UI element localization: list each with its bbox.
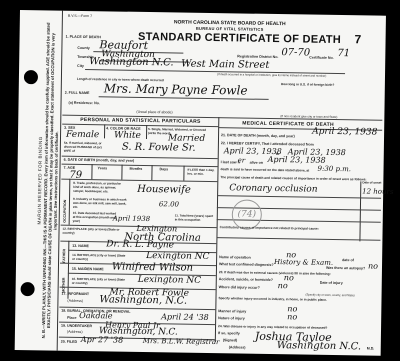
nature-value: no xyxy=(287,312,297,321)
total-time-label: 11. Total time (years) spent in this occ… xyxy=(175,213,215,222)
diagnosis-label: What test confirmed diagnosis? xyxy=(219,262,274,267)
if-so-label: If so, specify xyxy=(218,331,240,335)
trade-label: 8. Trade, profession, or particular kind… xyxy=(73,181,127,194)
reg-district-value: 07-70 xyxy=(281,47,310,58)
alive-on-value: April 23, 1938 xyxy=(268,155,326,165)
hospital-note: (If death occurred in a hospital or inst… xyxy=(217,72,326,78)
physician-address: Washington N.C. xyxy=(277,340,362,352)
death-said-label: death is said to have occurred on the da… xyxy=(220,167,309,172)
less-than-label: If LESS than 1 day, hrs. or min. xyxy=(187,168,215,176)
county-label: County xyxy=(77,46,89,50)
injury-date-label: Date of injury xyxy=(320,281,343,285)
occupation-side-label: OCCUPATION xyxy=(63,200,67,223)
color-value: White xyxy=(114,130,141,140)
father-birthplace-label: 14. BIRTHPLACE (city or town) (State or … xyxy=(72,253,126,262)
informant-label: 17. INFORMANT xyxy=(62,292,90,296)
autopsy-value: no xyxy=(368,261,378,270)
form-id: B.V.S.—Form 7 xyxy=(68,14,92,18)
months-label: Months xyxy=(129,167,142,171)
last-worked-value: April 1938 xyxy=(113,214,151,223)
residence-label: (a) Residence: No. xyxy=(69,101,100,105)
industry-value: 62.00 xyxy=(159,200,179,208)
father-side-label: FATHER xyxy=(62,249,66,263)
diagnosis-value: History & Exam. xyxy=(274,258,333,267)
mother-side-label: MOTHER xyxy=(62,278,66,293)
signed-label: (Signed) xyxy=(223,338,237,342)
sex-value: Female xyxy=(66,130,99,141)
spouse-value: S. R. Fowle Sr. xyxy=(122,142,196,154)
years-label: Years xyxy=(97,166,107,170)
informant-address-label: (Address) xyxy=(67,299,83,303)
registrar-name: Mrs. B.L.W. Registrar xyxy=(143,337,220,346)
mother-name-value: Winifred Wilson xyxy=(112,261,193,273)
physician-address-label: (Address) xyxy=(229,345,246,349)
undertaker-address-label: (Address) xyxy=(67,330,83,334)
occupation-related-label: 24. Was disease or injury in any way rel… xyxy=(218,324,327,330)
trade-value: Housewife xyxy=(137,184,191,196)
spouse-label: 5a. If married, widowed, or divorced HUS… xyxy=(64,141,110,154)
time-of-death-value: 9:30 p.m. xyxy=(317,165,351,174)
father-birthplace-value: Lexington NC xyxy=(146,251,209,262)
father-name-value: Dr. R. L. Payne xyxy=(106,239,174,250)
city-value: Washington N.C. xyxy=(89,56,174,68)
death-certificate: MARGIN RESERVED FOR BINDING N. B.—WRITE … xyxy=(15,10,386,356)
days-label: Days xyxy=(159,167,168,171)
margin-instructions: MARGIN RESERVED FOR BINDING N. B.—WRITE … xyxy=(35,22,62,338)
father-name-label: 13. NAME xyxy=(72,244,89,248)
where-value: no xyxy=(278,281,288,290)
where-label: Where did injury occur? xyxy=(219,285,260,290)
reg-district-label: Registration District No. xyxy=(237,54,278,59)
manner-label: Manner of injury xyxy=(218,309,246,313)
full-name-value: Mrs. Mary Payne Fowle xyxy=(104,81,248,97)
cert-no-value: 71 xyxy=(337,48,350,59)
cert-no-label: Certificate No. xyxy=(309,56,333,60)
burial-place-value: Oakdale xyxy=(79,311,112,321)
last-saw-suffix: er xyxy=(238,156,246,164)
specify-label: Specify whether injury occurred in indus… xyxy=(218,296,326,302)
date-of-death-value: April 23, 1938 xyxy=(312,127,377,138)
filed-label: 20. FILED xyxy=(61,340,77,344)
nature-label: Nature of injury xyxy=(218,316,245,320)
birthplace-label: 12. BIRTHPLACE (city or town) (State or … xyxy=(62,227,120,236)
where-note: (Specify city or town, county, and State… xyxy=(306,293,355,298)
foreign-birth-label: How long in U.S. if of foreign birth? xyxy=(281,82,335,87)
city-label: City xyxy=(77,64,84,68)
mother-birthplace-value: Lexington NC xyxy=(138,275,201,286)
usual-place-label: (Usual place of abode) xyxy=(136,110,172,115)
dob-label: 6. DATE OF BIRTH (month, day, and year) xyxy=(64,158,135,163)
burial-place-label: Place xyxy=(67,316,76,320)
accident-label: Accident, suicide, or homicide? xyxy=(219,277,273,282)
street-value: West Main Street xyxy=(181,59,269,71)
date-of-death-label: 21. DATE OF DEATH (month, day, and year) xyxy=(221,133,295,138)
certificate-title: STANDARD CERTIFICATE OF DEATH xyxy=(129,31,349,46)
external-causes-label: 23. If death was due to external causes … xyxy=(219,270,331,276)
alive-on-label: alive on xyxy=(250,161,263,165)
burial-date-value: April 24 '38 xyxy=(161,312,209,322)
mother-name-label: 15. MAIDEN NAME xyxy=(72,267,104,271)
autopsy-label: Was there an autopsy? xyxy=(326,266,365,271)
informant-address: Washington, N.C. xyxy=(99,294,187,306)
principal-cause-value: Coronary occlusion xyxy=(229,183,317,194)
punch-hole-icon xyxy=(24,70,38,84)
punch-hole-icon xyxy=(21,282,35,296)
industry-label: 9. Industry or business in which work wa… xyxy=(73,197,127,210)
place-of-death-label: 1. PLACE OF DEATH xyxy=(66,35,101,40)
mother-birthplace-label: 16. BIRTHPLACE (city or town) (State or … xyxy=(72,277,126,286)
principal-cause-label: The principal cause of death and related… xyxy=(220,175,380,182)
filed-date: Apr 27 '38 xyxy=(81,335,124,345)
date-of-onset-value: 12 hours xyxy=(362,187,393,195)
undertaker-label: 19. UNDERTAKER xyxy=(61,324,92,328)
full-name-label: 2. FULL NAME xyxy=(65,91,90,95)
contributory-label: Contributory causes of importance not re… xyxy=(220,225,319,231)
operation-label: Name of operation xyxy=(219,255,251,259)
binding-margin: MARGIN RESERVED FOR BINDING N. B.—WRITE … xyxy=(15,10,63,351)
md-label: M.D. xyxy=(367,346,375,350)
date-of-label: date of xyxy=(342,258,354,262)
date-of-onset-label: Date of onset xyxy=(362,180,381,184)
stamp-number: 7 xyxy=(354,32,361,46)
